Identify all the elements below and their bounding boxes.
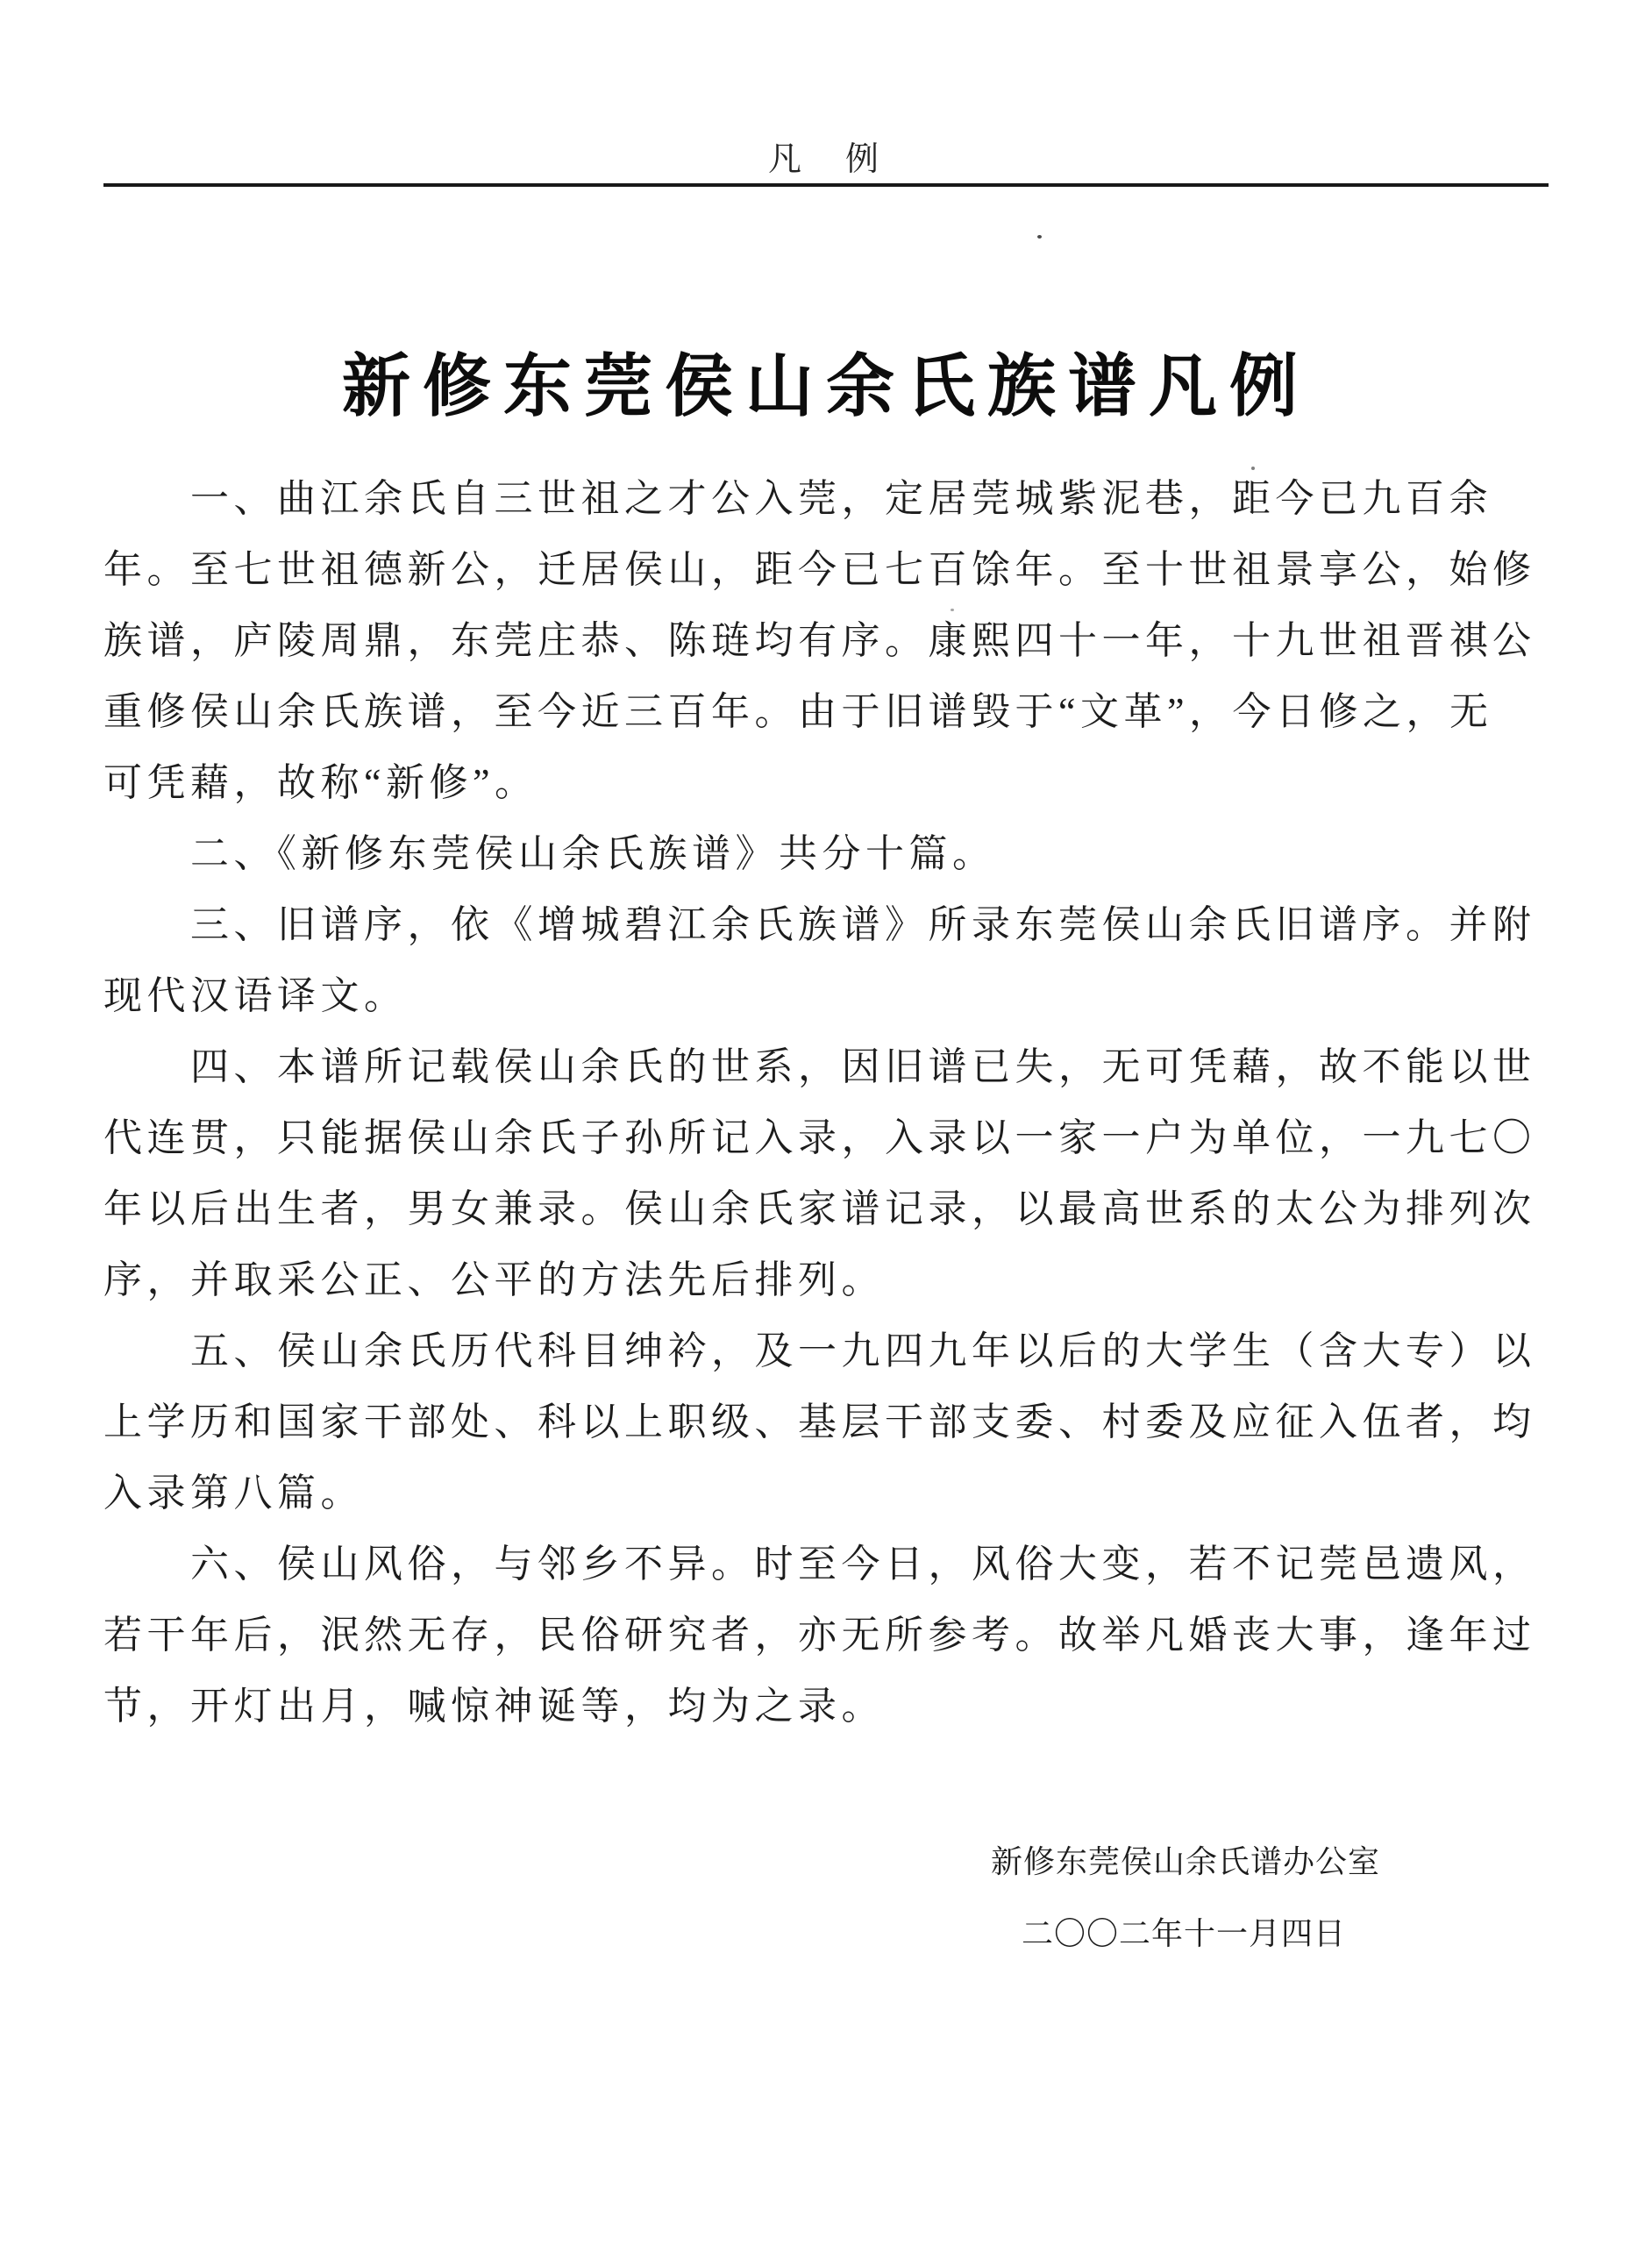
text-line: 入录第八篇。 [103, 1457, 1559, 1529]
text-line: 六、侯山风俗，与邻乡不异。时至今日，风俗大变，若不记莞邑遗风， [103, 1529, 1559, 1600]
document-title: 新修东莞侯山余氏族谱凡例 [103, 331, 1549, 430]
text-line: 年。至七世祖德新公，迁居侯山，距今已七百馀年。至十世祖景享公，始修 [103, 534, 1559, 605]
running-header: 凡 例 [103, 132, 1549, 180]
text-line: 二、《新修东莞侯山余氏族谱》共分十篇。 [103, 818, 1559, 889]
text-line: 三、旧谱序，依《增城碧江余氏族谱》所录东莞侯山余氏旧谱序。并附 [103, 889, 1559, 960]
text-line: 可凭藉，故称“新修”。 [103, 747, 1559, 818]
text-line: 族谱，庐陵周鼎，东莞庄恭、陈琏均有序。康熙四十一年，十九世祖晋祺公 [103, 605, 1559, 676]
signature-date: 二〇〇二年十一月四日 [991, 1898, 1377, 1970]
text-line: 四、本谱所记载侯山余氏的世系，因旧谱已失，无可凭藉，故不能以世 [103, 1031, 1559, 1102]
text-line: 重修侯山余氏族谱，至今近三百年。由于旧谱毁于“文革”，今日修之，无 [103, 676, 1559, 747]
text-line: 节，开灯出月，喊惊神诞等，均为之录。 [103, 1671, 1559, 1742]
scanned-document-page: 凡 例 新修东莞侯山余氏族谱凡例 一、曲江余氏自三世祖之才公入莞，定居莞城紫泥巷… [0, 0, 1652, 2245]
text-line: 若干年后，泯然无存，民俗研究者，亦无所参考。故举凡婚丧大事，逢年过 [103, 1600, 1559, 1671]
header-rule-divider [103, 183, 1549, 187]
text-line: 序，并取采公正、公平的方法先后排列。 [103, 1244, 1559, 1315]
body-text: 一、曲江余氏自三世祖之才公入莞，定居莞城紫泥巷，距今已九百余年。至七世祖德新公，… [103, 463, 1559, 1742]
text-line: 上学历和国家干部处、科以上职级、基层干部支委、村委及应征入伍者，均 [103, 1386, 1559, 1457]
text-line: 现代汉语译文。 [103, 960, 1559, 1031]
scan-speck [1037, 235, 1042, 239]
signature-block: 新修东莞侯山余氏谱办公室 二〇〇二年十一月四日 [991, 1826, 1377, 1970]
signature-office: 新修东莞侯山余氏谱办公室 [991, 1826, 1377, 1898]
text-line: 五、侯山余氏历代科目绅衿，及一九四九年以后的大学生（含大专）以 [103, 1315, 1559, 1386]
text-line: 年以后出生者，男女兼录。侯山余氏家谱记录，以最高世系的太公为排列次 [103, 1173, 1559, 1244]
text-line: 一、曲江余氏自三世祖之才公入莞，定居莞城紫泥巷，距今已九百余 [103, 463, 1559, 534]
text-line: 代连贯，只能据侯山余氏子孙所记入录，入录以一家一户为单位，一九七〇 [103, 1102, 1559, 1173]
